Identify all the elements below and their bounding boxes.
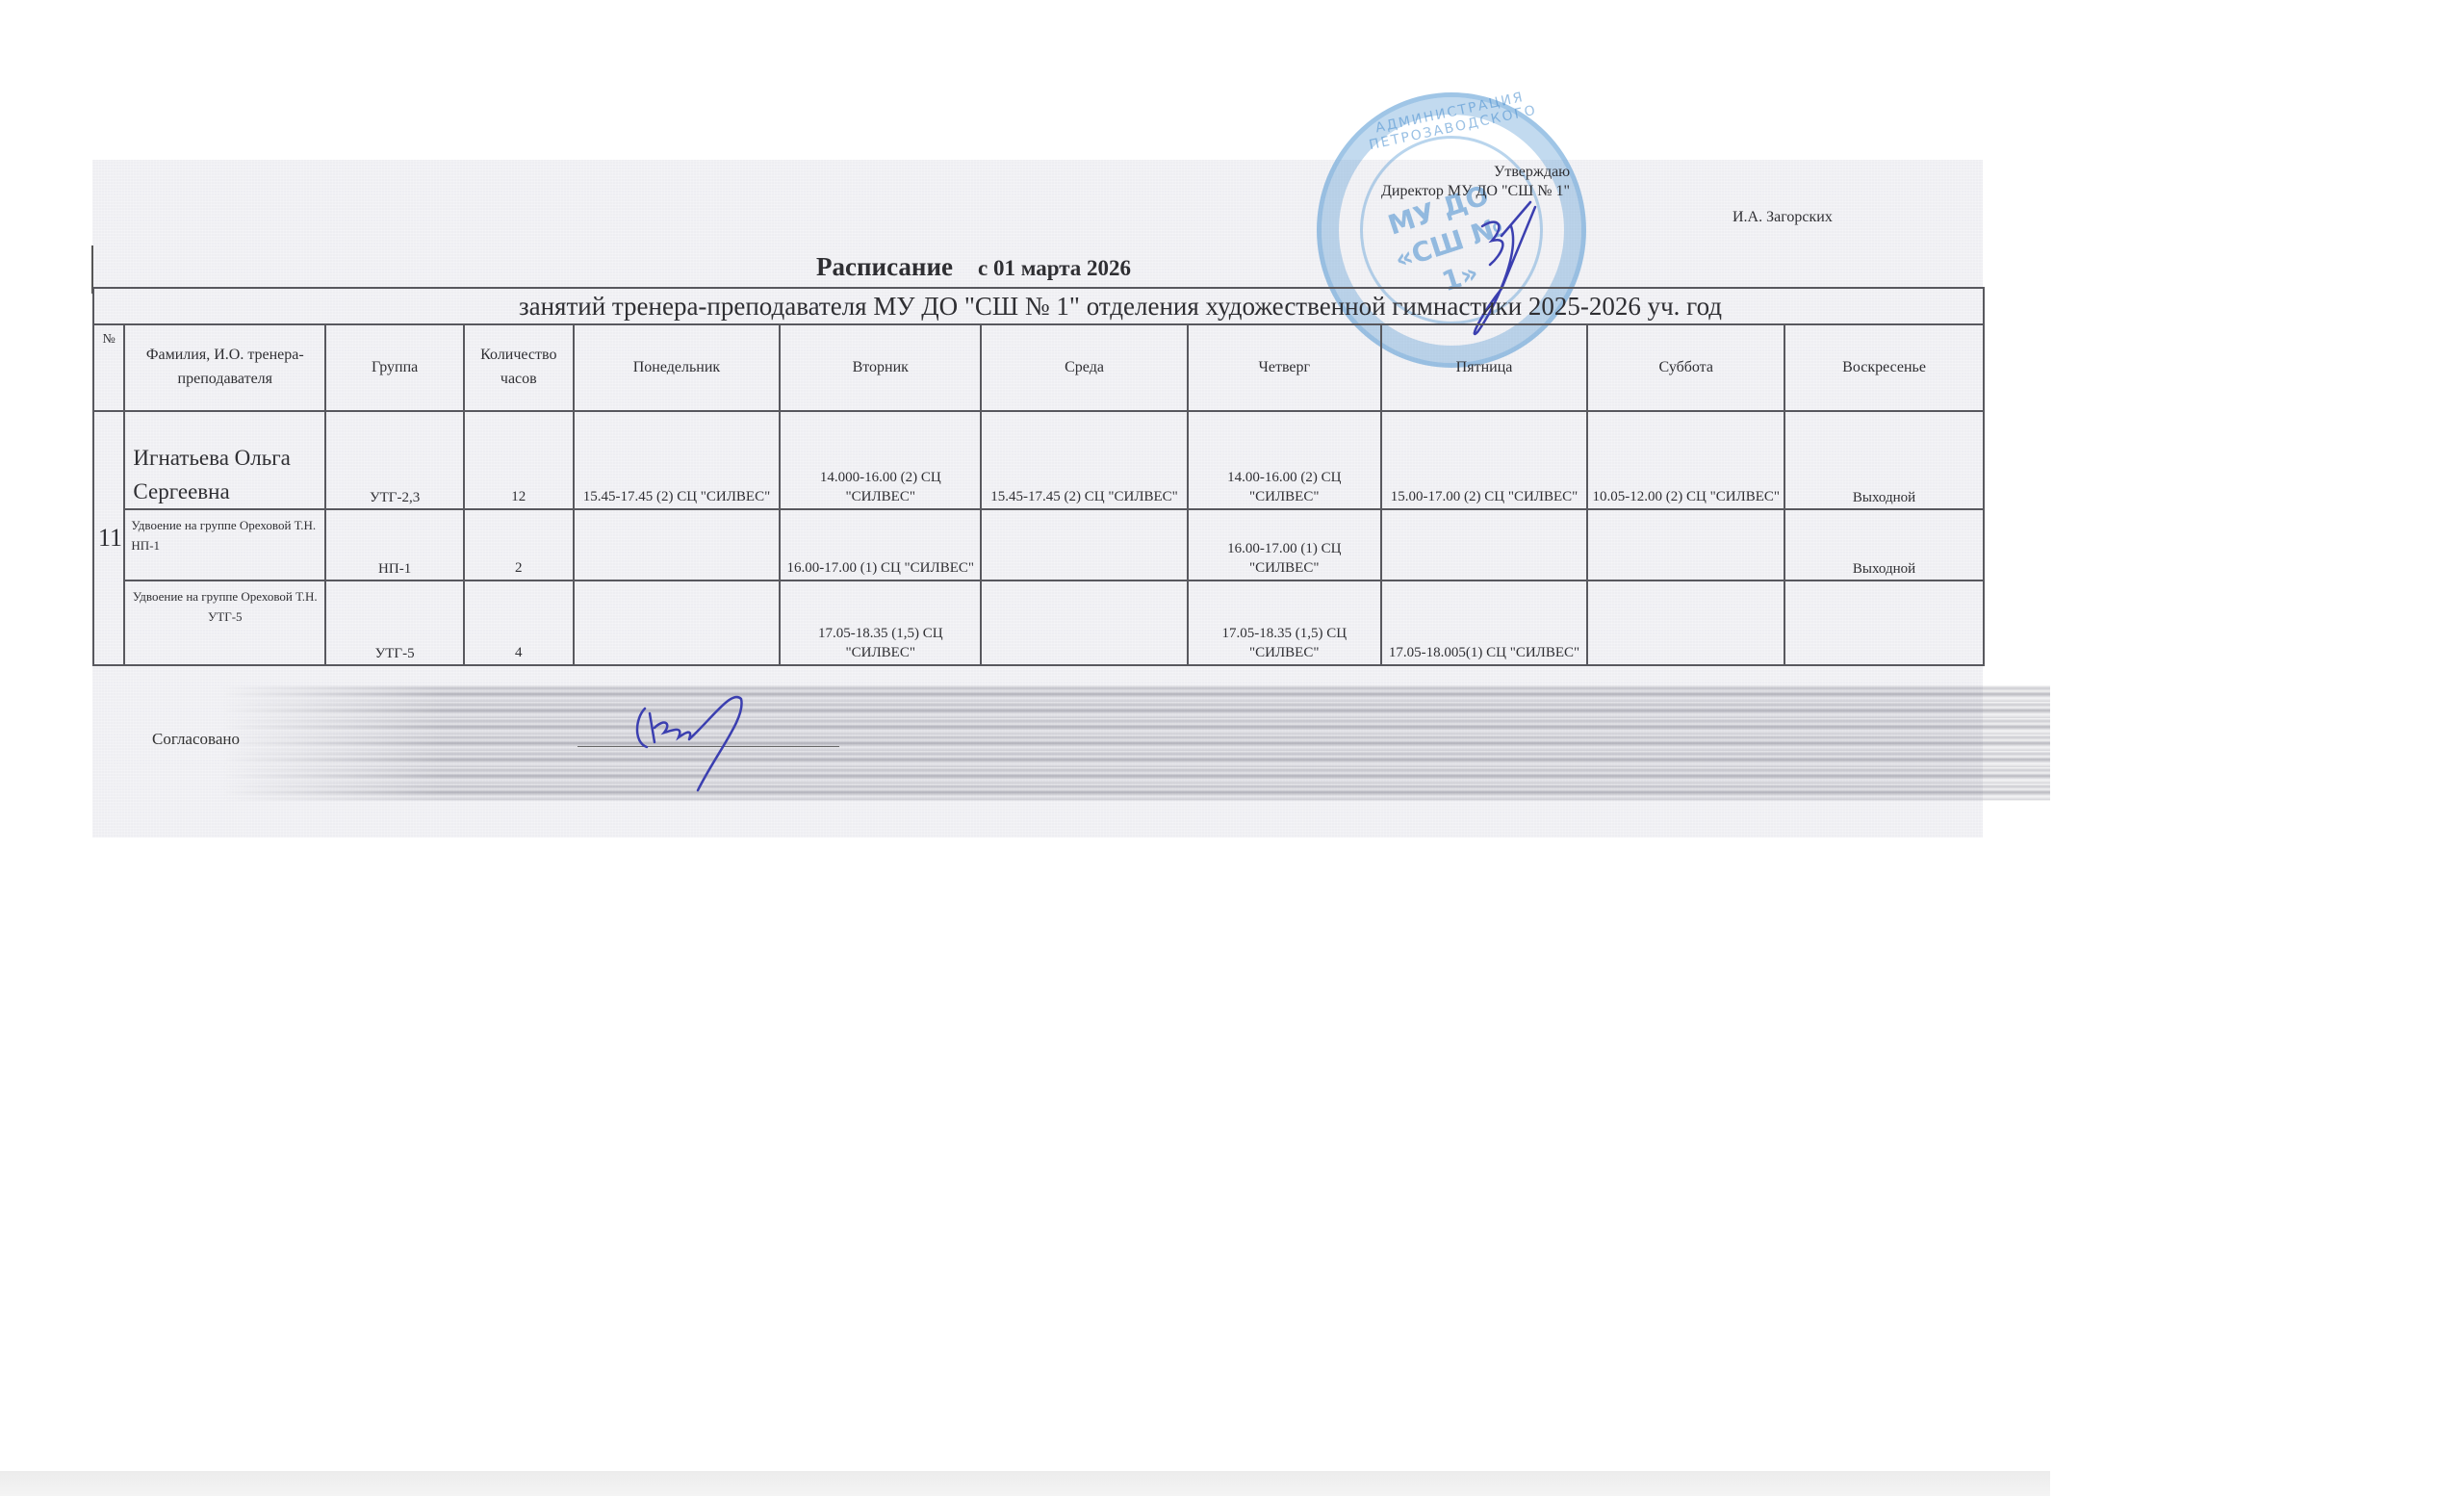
scanner-edge	[0, 1471, 2050, 1496]
wed-cell	[981, 509, 1188, 580]
tue-cell: 14.000-16.00 (2) СЦ "СИЛВЕС"	[780, 411, 981, 509]
col-header-tue: Вторник	[780, 324, 981, 411]
col-header-name: Фамилия, И.О. тренера-преподавателя	[124, 324, 325, 411]
document-subtitle: занятий тренера-преподавателя МУ ДО "СШ …	[93, 288, 1984, 324]
row-number: 11	[93, 411, 124, 665]
approve-label: Утверждаю	[1494, 164, 1570, 181]
table-row: Удвоение на группе Ореховой Т.Н. НП-1 НП…	[93, 509, 1984, 580]
thu-cell: 16.00-17.00 (1) СЦ "СИЛВЕС"	[1188, 509, 1381, 580]
col-header-fri: Пятница	[1381, 324, 1588, 411]
hours-cell: 2	[464, 509, 573, 580]
signer-name: И.А. Загорских	[1732, 209, 1833, 226]
col-header-mon: Понедельник	[574, 324, 781, 411]
schedule-table: занятий тренера-преподавателя МУ ДО "СШ …	[92, 287, 1985, 666]
col-header-hours: Количество часов	[464, 324, 573, 411]
coach-name: Удвоение на группе Ореховой Т.Н. УТГ-5	[124, 580, 325, 665]
thu-cell: 17.05-18.35 (1,5) СЦ "СИЛВЕС"	[1188, 580, 1381, 665]
thu-cell: 14.00-16.00 (2) СЦ "СИЛВЕС"	[1188, 411, 1381, 509]
document-title: Расписаниес 01 марта 2026	[816, 252, 1131, 282]
scan-streak-artifact	[221, 685, 2050, 801]
title-date: с 01 марта 2026	[978, 256, 1131, 280]
fri-cell: 17.05-18.005(1) СЦ "СИЛВЕС"	[1381, 580, 1588, 665]
sun-cell: Выходной	[1784, 411, 1984, 509]
table-row: Удвоение на группе Ореховой Т.Н. УТГ-5 У…	[93, 580, 1984, 665]
table-row: 11 Игнатьева Ольга Сергеевна УТГ-2,3 12 …	[93, 411, 1984, 509]
title-text: Расписание	[816, 252, 953, 281]
col-header-wed: Среда	[981, 324, 1188, 411]
agreed-label: Согласовано	[152, 730, 240, 749]
group-cell: УТГ-2,3	[325, 411, 464, 509]
mon-cell	[574, 509, 781, 580]
col-header-thu: Четверг	[1188, 324, 1381, 411]
tue-cell: 17.05-18.35 (1,5) СЦ "СИЛВЕС"	[780, 580, 981, 665]
sun-cell	[1784, 580, 1984, 665]
hours-cell: 12	[464, 411, 573, 509]
tue-cell: 16.00-17.00 (1) СЦ "СИЛВЕС"	[780, 509, 981, 580]
sat-cell	[1587, 580, 1784, 665]
col-header-sun: Воскресенье	[1784, 324, 1984, 411]
col-header-sat: Суббота	[1587, 324, 1784, 411]
sat-cell	[1587, 509, 1784, 580]
subtitle-row: занятий тренера-преподавателя МУ ДО "СШ …	[93, 288, 1984, 324]
mon-cell	[574, 580, 781, 665]
mon-cell: 15.45-17.45 (2) СЦ "СИЛВЕС"	[574, 411, 781, 509]
wed-cell: 15.45-17.45 (2) СЦ "СИЛВЕС"	[981, 411, 1188, 509]
stamp-ring-text: АДМИНИСТРАЦИЯ ПЕТРОЗАВОДСКОГО	[1340, 82, 1563, 158]
header-row: № Фамилия, И.О. тренера-преподавателя Гр…	[93, 324, 1984, 411]
coach-name: Игнатьева Ольга Сергеевна	[124, 411, 325, 509]
col-header-num: №	[93, 324, 124, 411]
fri-cell: 15.00-17.00 (2) СЦ "СИЛВЕС"	[1381, 411, 1588, 509]
hours-cell: 4	[464, 580, 573, 665]
wed-cell	[981, 580, 1188, 665]
group-cell: НП-1	[325, 509, 464, 580]
coach-name: Удвоение на группе Ореховой Т.Н. НП-1	[124, 509, 325, 580]
agreed-signature-icon	[626, 680, 770, 795]
col-header-group: Группа	[325, 324, 464, 411]
group-cell: УТГ-5	[325, 580, 464, 665]
fri-cell	[1381, 509, 1588, 580]
sat-cell: 10.05-12.00 (2) СЦ "СИЛВЕС"	[1587, 411, 1784, 509]
sun-cell: Выходной	[1784, 509, 1984, 580]
